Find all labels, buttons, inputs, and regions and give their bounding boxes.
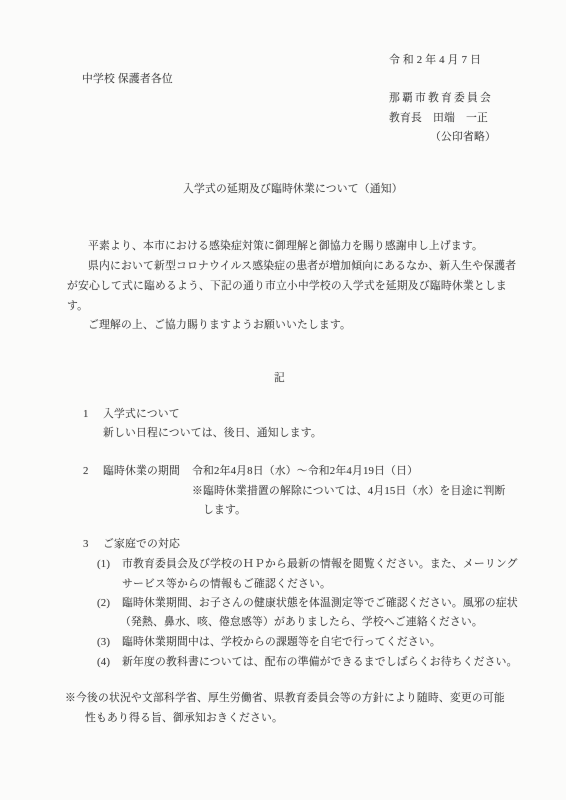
greeting-line-1: 平素より、本市における感染症対策に御理解と御協力を賜り感謝申し上げます。 <box>88 240 483 253</box>
section-1-heading: 入学式について <box>103 408 180 420</box>
scanned-notice-document: 令 和 2 年 4 月 7 日 中学校 保護者各位 那覇市教育委員会 教育長 田… <box>0 0 566 800</box>
list-item-2-line-2: （発熱、鼻水、咳、倦怠感等）がありましたら、学校へご連絡ください。 <box>120 616 483 629</box>
recipient-line: 中学校 保護者各位 <box>82 73 173 86</box>
greeting-line-4: す。 <box>67 300 88 313</box>
document-title: 入学式の延期及び臨時休業について（通知） <box>183 183 403 196</box>
list-item-4-text: 新年度の教科書については、配布の準備ができるまでしばらくお待ちください。 <box>122 656 518 668</box>
section-1-body: 新しい日程については、後日、通知します。 <box>103 427 322 440</box>
list-item-2-text: 臨時休業期間、お子さんの健康状態を体温測定等でご確認ください。風邪の症状 <box>122 597 518 609</box>
section-2-number: 2 <box>83 465 103 478</box>
section-3-heading: ご家庭での対応 <box>103 538 180 550</box>
record-mark: 記 <box>274 372 285 385</box>
issuer-name: 教育長 田端 一正 <box>389 112 488 125</box>
section-2-heading: 臨時休業の期間 <box>103 465 192 478</box>
list-item-1-text: 市教育委員会及び学校のＨＰから最新の情報を閲覧ください。また、メーリング <box>122 558 518 570</box>
section-2-note-line-2: します。 <box>203 504 246 517</box>
list-item-3-line: (3)臨時休業期間中は、学校からの課題等を自宅で行ってください。 <box>97 636 441 649</box>
document-date: 令 和 2 年 4 月 7 日 <box>389 54 481 67</box>
footnote-line-1: ※今後の状況や文部科学省、厚生労働省、県教育委員会等の方針により随時、変更の可能 <box>65 692 505 705</box>
section-3-number: 3 <box>83 538 103 551</box>
section-1-heading-line: 1入学式について <box>83 408 180 421</box>
list-item-3-text: 臨時休業期間中は、学校からの課題等を自宅で行ってください。 <box>122 636 441 648</box>
list-item-1-line-2: サービス等からの情報もご確認ください。 <box>122 578 331 591</box>
section-2-heading-line: 2臨時休業の期間令和2年4月8日（水）～令和2年4月19日（日） <box>83 465 418 478</box>
section-1-number: 1 <box>83 408 103 421</box>
greeting-line-5: ご理解の上、ご協力賜りますようお願いいたします。 <box>88 319 351 332</box>
list-item-2-marker: (2) <box>97 597 122 610</box>
list-item-2-line-1: (2)臨時休業期間、お子さんの健康状態を体温測定等でご確認ください。風邪の症状 <box>97 597 518 610</box>
list-item-3-marker: (3) <box>97 636 122 649</box>
footnote-line-2: 性もあり得る旨、御承知おきください。 <box>85 712 283 725</box>
list-item-4-line: (4)新年度の教科書については、配布の準備ができるまでしばらくお待ちください。 <box>97 656 518 669</box>
section-3-heading-line: 3ご家庭での対応 <box>83 538 180 551</box>
section-2-note-line-1: ※臨時休業措置の解除については、4月15日（水）を目途に判断 <box>192 485 506 498</box>
greeting-line-3: が安心して式に臨めるよう、下記の通り市立小中学校の入学式を延期及び臨時休業としま <box>67 280 507 293</box>
seal-omitted-note: （公印省略） <box>430 131 496 144</box>
section-2-period: 令和2年4月8日（水）～令和2年4月19日（日） <box>192 465 418 477</box>
list-item-1-line-1: (1)市教育委員会及び学校のＨＰから最新の情報を閲覧ください。また、メーリング <box>97 558 518 571</box>
issuer-organization: 那覇市教育委員会 <box>389 92 493 105</box>
list-item-1-marker: (1) <box>97 558 122 571</box>
greeting-line-2: 県内において新型コロナウイルス感染症の患者が増加傾向にあるなか、新入生や保護者 <box>88 260 516 273</box>
list-item-4-marker: (4) <box>97 656 122 669</box>
